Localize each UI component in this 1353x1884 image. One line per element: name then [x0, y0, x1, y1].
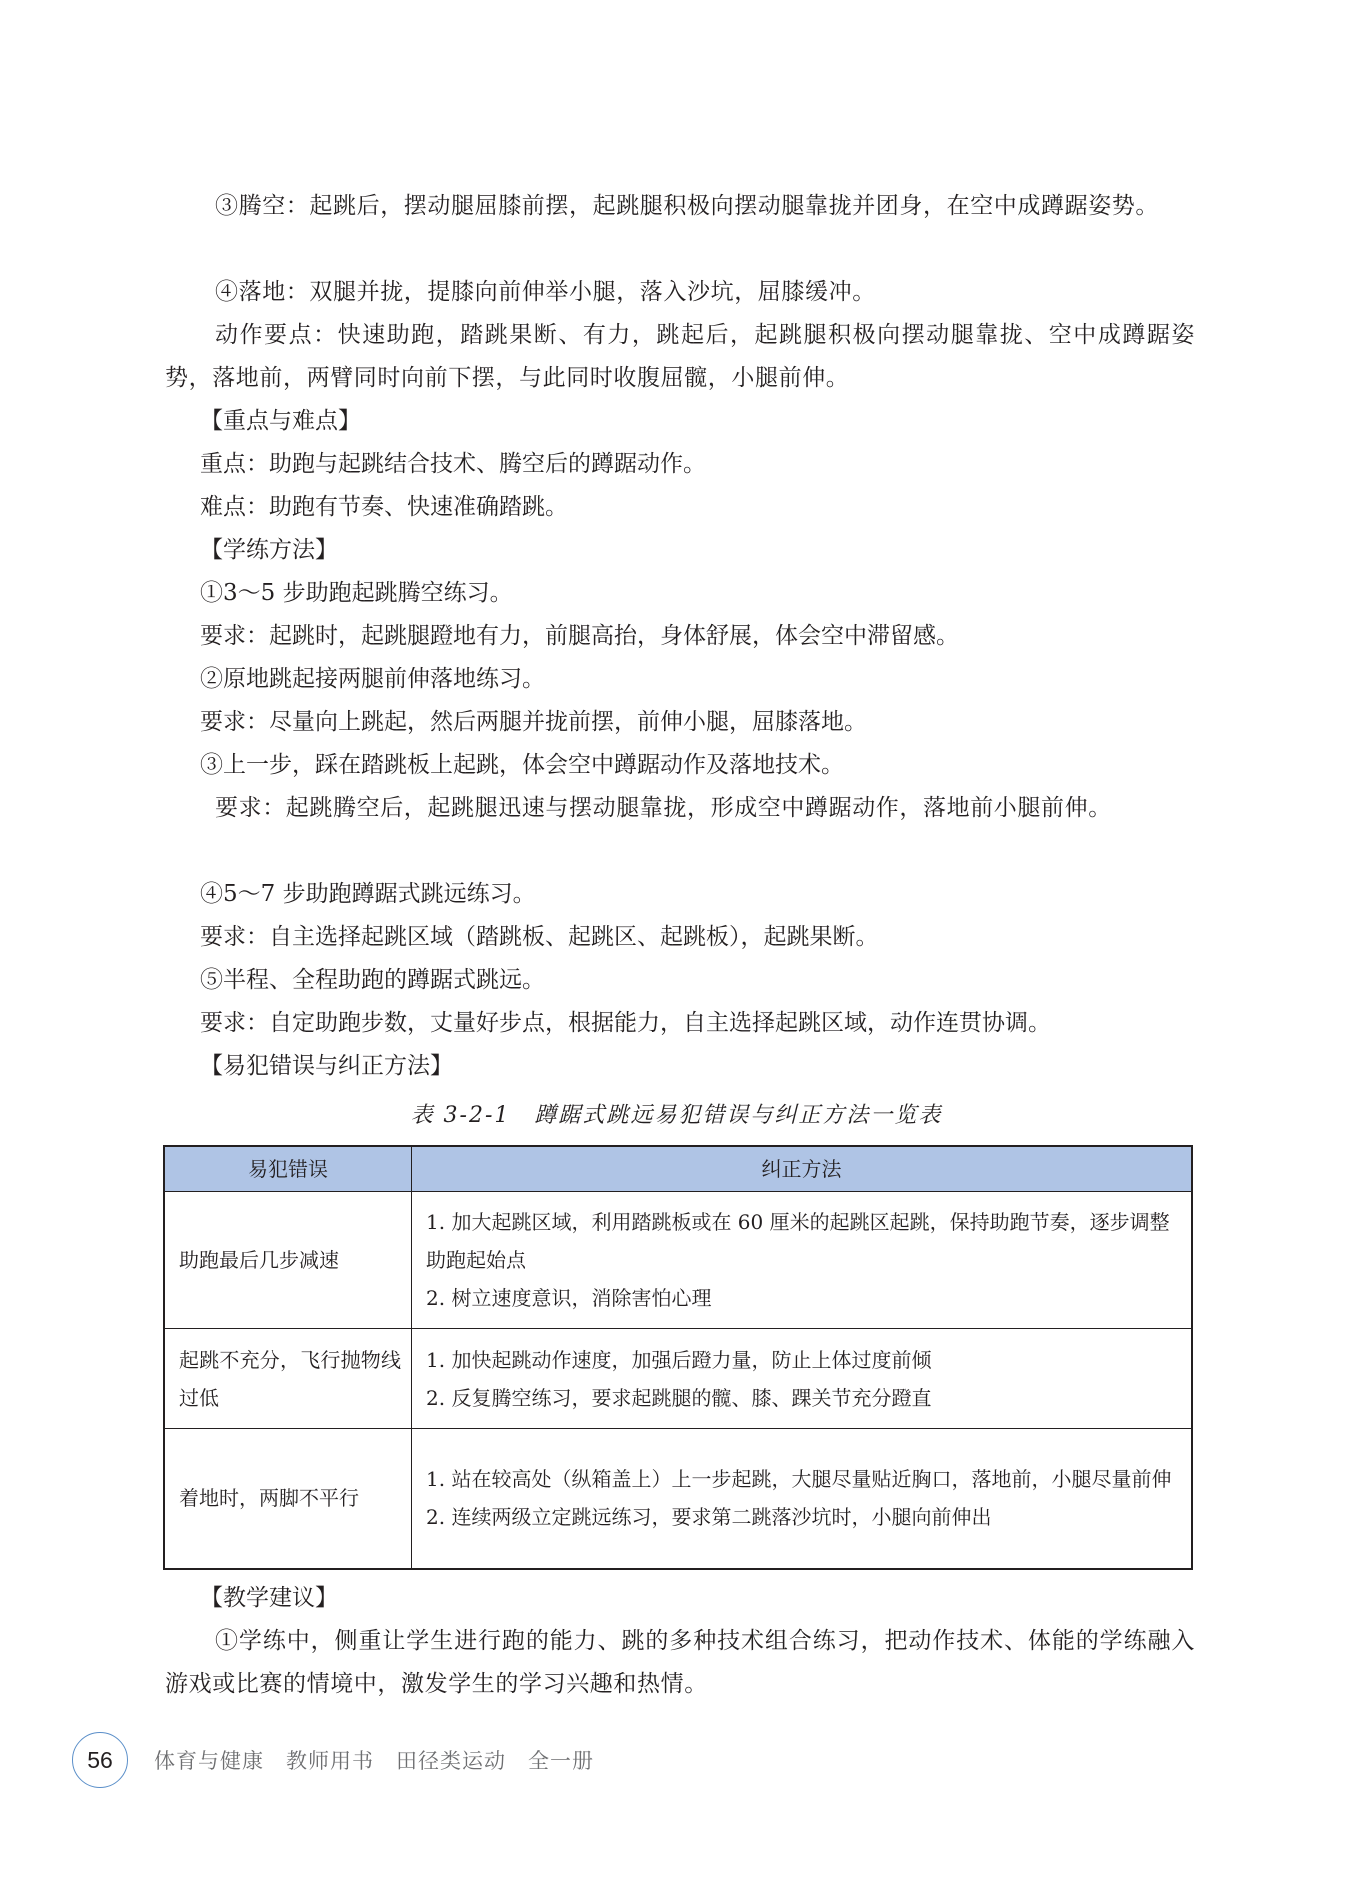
table-caption: 表 3-2-1 蹲踞式跳远易犯错误与纠正方法一览表	[0, 1098, 1353, 1129]
footer-book-type: 教师用书	[286, 1749, 374, 1773]
book-title: 体育与健康教师用书田径类运动全一册	[154, 1745, 616, 1775]
fix-item: 1. 加大起跳区域，利用踏跳板或在 60 厘米的起跳区起跳，保持助跑节奏，逐步调…	[426, 1203, 1177, 1279]
fix-cell: 1. 站在较高处（纵箱盖上）上一步起跳，大腿尽量贴近胸口，落地前，小腿尽量前伸 …	[412, 1429, 1193, 1569]
method-item: ②原地跳起接两腿前伸落地练习。	[200, 658, 545, 701]
fix-cell: 1. 加大起跳区域，利用踏跳板或在 60 厘米的起跳区起跳，保持助跑节奏，逐步调…	[412, 1192, 1193, 1329]
method-requirement: 要求：尽量向上跳起，然后两腿并拢前摆，前伸小腿，屈膝落地。	[200, 701, 867, 744]
error-cell: 助跑最后几步减速	[164, 1192, 412, 1329]
heading-practice-methods: 【学练方法】	[200, 529, 338, 572]
table-row: 着地时，两脚不平行 1. 站在较高处（纵箱盖上）上一步起跳，大腿尽量贴近胸口，落…	[164, 1429, 1192, 1569]
method-item: ①3～5 步助跑起跳腾空练习。	[200, 572, 513, 615]
column-header-fix: 纠正方法	[412, 1146, 1193, 1192]
method-item: ⑤半程、全程助跑的蹲踞式跳远。	[200, 959, 545, 1002]
errors-table: 易犯错误 纠正方法 助跑最后几步减速 1. 加大起跳区域，利用踏跳板或在 60 …	[163, 1145, 1193, 1570]
method-requirement: 要求：自定助跑步数，丈量好步点，根据能力，自主选择起跳区域，动作连贯协调。	[200, 1002, 1051, 1045]
fix-cell: 1. 加快起跳动作速度，加强后蹬力量，防止上体过度前倾 2. 反复腾空练习，要求…	[412, 1329, 1193, 1429]
paragraph-key-movements: 动作要点：快速助跑，踏跳果断、有力，跳起后，起跳腿积极向摆动腿靠拢、空中成蹲踞姿…	[165, 314, 1195, 400]
textbook-page: ③腾空：起跳后，摆动腿屈膝前摆，起跳腿积极向摆动腿靠拢并团身，在空中成蹲踞姿势。…	[0, 0, 1353, 1884]
fix-item: 2. 反复腾空练习，要求起跳腿的髋、膝、踝关节充分蹬直	[426, 1379, 1177, 1417]
method-item: ③上一步，踩在踏跳板上起跳，体会空中蹲踞动作及落地技术。	[200, 744, 844, 787]
text-key-point: 重点：助跑与起跳结合技术、腾空后的蹲踞动作。	[200, 443, 706, 486]
table-row: 助跑最后几步减速 1. 加大起跳区域，利用踏跳板或在 60 厘米的起跳区起跳，保…	[164, 1192, 1192, 1329]
heading-common-errors: 【易犯错误与纠正方法】	[200, 1045, 453, 1088]
footer-unit: 田径类运动	[396, 1749, 506, 1773]
method-requirement: 要求：自主选择起跳区域（踏跳板、起跳区、起跳板），起跳果断。	[200, 916, 879, 959]
error-cell: 起跳不充分，飞行抛物线过低	[164, 1329, 412, 1429]
text-difficulty: 难点：助跑有节奏、快速准确踏跳。	[200, 486, 568, 529]
table-header-row: 易犯错误 纠正方法	[164, 1146, 1192, 1192]
method-requirement: 要求：起跳腾空后，起跳腿迅速与摆动腿靠拢，形成空中蹲踞动作，落地前小腿前伸。	[165, 787, 1195, 830]
footer-volume: 全一册	[528, 1749, 594, 1773]
fix-item: 2. 连续两级立定跳远练习，要求第二跳落沙坑时，小腿向前伸出	[426, 1498, 1177, 1536]
heading-teaching-advice: 【教学建议】	[200, 1577, 338, 1620]
page-number-badge: 56	[72, 1732, 128, 1788]
paragraph-landing: ④落地：双腿并拢，提膝向前伸举小腿，落入沙坑，屈膝缓冲。	[165, 271, 1195, 314]
fix-item: 2. 树立速度意识，消除害怕心理	[426, 1279, 1177, 1317]
heading-key-points: 【重点与难点】	[200, 400, 361, 443]
fix-item: 1. 加快起跳动作速度，加强后蹬力量，防止上体过度前倾	[426, 1341, 1177, 1379]
method-item: ④5～7 步助跑蹲踞式跳远练习。	[200, 873, 536, 916]
table-row: 起跳不充分，飞行抛物线过低 1. 加快起跳动作速度，加强后蹬力量，防止上体过度前…	[164, 1329, 1192, 1429]
method-requirement: 要求：起跳时，起跳腿蹬地有力，前腿高抬，身体舒展，体会空中滞留感。	[200, 615, 959, 658]
paragraph-takeoff-flight: ③腾空：起跳后，摆动腿屈膝前摆，起跳腿积极向摆动腿靠拢并团身，在空中成蹲踞姿势。	[165, 185, 1195, 228]
footer-subject: 体育与健康	[154, 1749, 264, 1773]
teaching-advice-item: ①学练中，侧重让学生进行跑的能力、跳的多种技术组合练习，把动作技术、体能的学练融…	[165, 1620, 1195, 1706]
page-footer: 56 体育与健康教师用书田径类运动全一册	[72, 1733, 616, 1787]
column-header-error: 易犯错误	[164, 1146, 412, 1192]
error-cell: 着地时，两脚不平行	[164, 1429, 412, 1569]
fix-item: 1. 站在较高处（纵箱盖上）上一步起跳，大腿尽量贴近胸口，落地前，小腿尽量前伸	[426, 1460, 1177, 1498]
